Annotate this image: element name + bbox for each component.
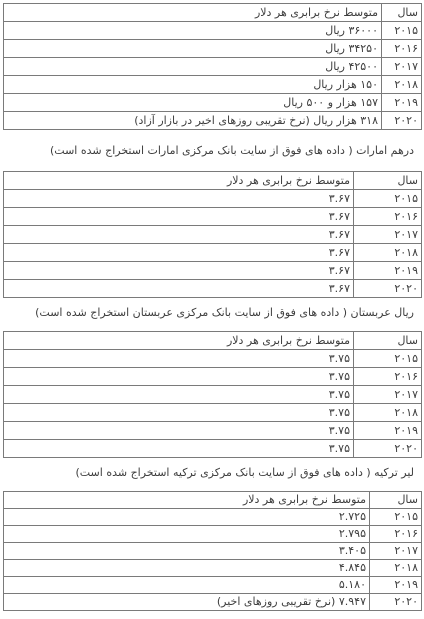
year-cell: ۲۰۱۸ xyxy=(382,76,422,94)
year-cell: ۲۰۱۷ xyxy=(354,226,422,244)
document-page: { "page": { "language": "fa", "colors": … xyxy=(0,0,424,619)
turkish-lira-rates-table: سال متوسط نرخ برابری هر دلار ۲۰۱۵ ۲.۷۲۵ … xyxy=(3,491,422,611)
rate-cell: ۳.۷۵ xyxy=(4,422,354,440)
year-cell: ۲۰۱۶ xyxy=(382,40,422,58)
rate-cell: ۳۶۰۰۰ ریال xyxy=(4,22,382,40)
table-row: ۲۰۲۰ ۳.۶۷ xyxy=(4,280,422,298)
table-header-row: سال متوسط نرخ برابری هر دلار xyxy=(4,492,422,509)
table-header-row: سال متوسط نرخ برابری هر دلار xyxy=(4,4,422,22)
year-cell: ۲۰۱۵ xyxy=(354,190,422,208)
year-cell: ۲۰۱۵ xyxy=(370,509,422,526)
rate-cell: ۱۵۰ هزار ریال xyxy=(4,76,382,94)
rate-cell: ۳.۶۷ xyxy=(4,226,354,244)
year-cell: ۲۰۱۹ xyxy=(354,262,422,280)
table-row: ۲۰۱۸ ۳.۶۷ xyxy=(4,244,422,262)
rate-cell: ۱۵۷ هزار و ۵۰۰ ریال xyxy=(4,94,382,112)
table-row: ۲۰۲۰ ۷.۹۴۷ (نرخ تقریبی روزهای اخیر) xyxy=(4,594,422,611)
table-row: ۲۰۱۶ ۲.۷۹۵ xyxy=(4,526,422,543)
year-cell: ۲۰۱۷ xyxy=(370,543,422,560)
rate-cell: ۴۲۵۰۰ ریال xyxy=(4,58,382,76)
table-row: ۲۰۱۶ ۳۴۲۵۰ ریال xyxy=(4,40,422,58)
year-cell: ۲۰۱۹ xyxy=(370,577,422,594)
column-header-year: سال xyxy=(382,4,422,22)
year-cell: ۲۰۲۰ xyxy=(354,280,422,298)
table-row: ۲۰۱۶ ۳.۷۵ xyxy=(4,368,422,386)
year-cell: ۲۰۱۶ xyxy=(354,368,422,386)
column-header-year: سال xyxy=(354,332,422,350)
table-row: ۲۰۱۵ ۳۶۰۰۰ ریال xyxy=(4,22,422,40)
rate-cell: ۳.۶۷ xyxy=(4,262,354,280)
table-row: ۲۰۲۰ ۳.۷۵ xyxy=(4,440,422,458)
rate-cell: ۳.۷۵ xyxy=(4,386,354,404)
rate-cell: ۲.۷۹۵ xyxy=(4,526,370,543)
rate-cell: ۳.۶۷ xyxy=(4,280,354,298)
column-header-rate: متوسط نرخ برابری هر دلار xyxy=(4,332,354,350)
table-row: ۲۰۱۹ ۱۵۷ هزار و ۵۰۰ ریال xyxy=(4,94,422,112)
column-header-rate: متوسط نرخ برابری هر دلار xyxy=(4,172,354,190)
table-row: ۲۰۱۸ ۱۵۰ هزار ریال xyxy=(4,76,422,94)
column-header-year: سال xyxy=(354,172,422,190)
table-row: ۲۰۱۸ ۴.۸۴۵ xyxy=(4,560,422,577)
table-row: ۲۰۱۷ ۳.۷۵ xyxy=(4,386,422,404)
year-cell: ۲۰۱۷ xyxy=(382,58,422,76)
rate-cell: ۳.۴۰۵ xyxy=(4,543,370,560)
table-header-row: سال متوسط نرخ برابری هر دلار xyxy=(4,332,422,350)
table-row: ۲۰۱۷ ۳.۶۷ xyxy=(4,226,422,244)
column-header-rate: متوسط نرخ برابری هر دلار xyxy=(4,492,370,509)
table-row: ۲۰۱۷ ۴۲۵۰۰ ریال xyxy=(4,58,422,76)
table-row: ۲۰۱۵ ۲.۷۲۵ xyxy=(4,509,422,526)
column-header-year: سال xyxy=(370,492,422,509)
table-row: ۲۰۱۵ ۳.۷۵ xyxy=(4,350,422,368)
rate-cell: ۳.۷۵ xyxy=(4,404,354,422)
rate-cell: ۳.۷۵ xyxy=(4,440,354,458)
year-cell: ۲۰۲۰ xyxy=(382,112,422,130)
year-cell: ۲۰۱۸ xyxy=(370,560,422,577)
year-cell: ۲۰۱۸ xyxy=(354,404,422,422)
rate-cell: ۲.۷۲۵ xyxy=(4,509,370,526)
year-cell: ۲۰۱۷ xyxy=(354,386,422,404)
table-row: ۲۰۱۷ ۳.۴۰۵ xyxy=(4,543,422,560)
rate-cell: ۴.۸۴۵ xyxy=(4,560,370,577)
table-row: ۲۰۱۵ ۳.۶۷ xyxy=(4,190,422,208)
table-header-row: سال متوسط نرخ برابری هر دلار xyxy=(4,172,422,190)
year-cell: ۲۰۱۸ xyxy=(354,244,422,262)
uae-dirham-source-caption: درهم امارات ( داده های فوق از سایت بانک … xyxy=(2,143,414,158)
saudi-riyal-source-caption: ریال عربستان ( داده های فوق از سایت بانک… xyxy=(2,305,414,320)
rate-cell: ۳۴۲۵۰ ریال xyxy=(4,40,382,58)
table-row: ۲۰۱۸ ۳.۷۵ xyxy=(4,404,422,422)
column-header-rate: متوسط نرخ برابری هر دلار xyxy=(4,4,382,22)
table-row: ۲۰۱۹ ۵.۱۸۰ xyxy=(4,577,422,594)
year-cell: ۲۰۱۵ xyxy=(354,350,422,368)
year-cell: ۲۰۱۹ xyxy=(354,422,422,440)
rate-cell: ۳.۶۷ xyxy=(4,244,354,262)
rate-cell: ۳.۷۵ xyxy=(4,368,354,386)
table-row: ۲۰۱۶ ۳.۶۷ xyxy=(4,208,422,226)
rate-cell: ۷.۹۴۷ (نرخ تقریبی روزهای اخیر) xyxy=(4,594,370,611)
table-row: ۲۰۲۰ ۳۱۸ هزار ریال (نرخ تقریبی روزهای اخ… xyxy=(4,112,422,130)
document-body: سال متوسط نرخ برابری هر دلار ۲۰۱۵ ۳۶۰۰۰ … xyxy=(0,0,424,611)
uae-dirham-rates-table: سال متوسط نرخ برابری هر دلار ۲۰۱۵ ۳.۶۷ ۲… xyxy=(3,171,422,298)
year-cell: ۲۰۱۵ xyxy=(382,22,422,40)
rate-cell: ۳.۶۷ xyxy=(4,208,354,226)
rate-cell: ۵.۱۸۰ xyxy=(4,577,370,594)
saudi-riyal-rates-table: سال متوسط نرخ برابری هر دلار ۲۰۱۵ ۳.۷۵ ۲… xyxy=(3,331,422,458)
iran-rial-rates-table: سال متوسط نرخ برابری هر دلار ۲۰۱۵ ۳۶۰۰۰ … xyxy=(3,3,422,130)
table-row: ۲۰۱۹ ۳.۷۵ xyxy=(4,422,422,440)
table-row: ۲۰۱۹ ۳.۶۷ xyxy=(4,262,422,280)
year-cell: ۲۰۲۰ xyxy=(354,440,422,458)
rate-cell: ۳.۶۷ xyxy=(4,190,354,208)
year-cell: ۲۰۱۶ xyxy=(370,526,422,543)
year-cell: ۲۰۱۶ xyxy=(354,208,422,226)
rate-cell: ۳.۷۵ xyxy=(4,350,354,368)
turkish-lira-source-caption: لیر ترکیه ( داده های فوق از سایت بانک مر… xyxy=(2,465,414,480)
year-cell: ۲۰۲۰ xyxy=(370,594,422,611)
year-cell: ۲۰۱۹ xyxy=(382,94,422,112)
rate-cell: ۳۱۸ هزار ریال (نرخ تقریبی روزهای اخیر در… xyxy=(4,112,382,130)
